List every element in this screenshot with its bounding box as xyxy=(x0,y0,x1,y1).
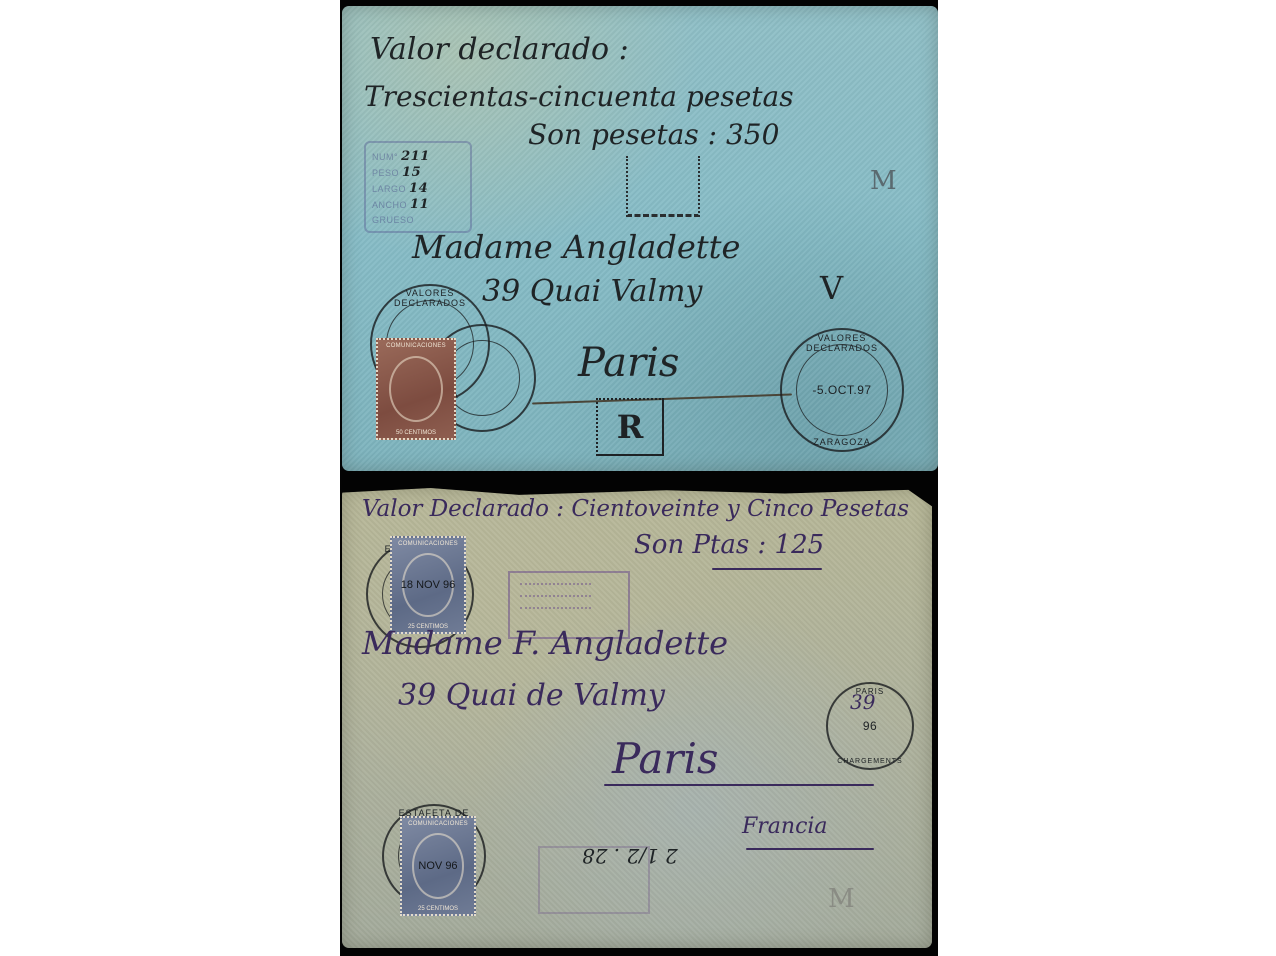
registration-r-box: R xyxy=(596,398,664,456)
margin-mark-v: V xyxy=(820,269,843,307)
dimension-row: GRUESO xyxy=(366,213,470,228)
dimension-row: PESO 15 xyxy=(366,165,470,181)
address-line4: Francia xyxy=(742,814,828,839)
address-underline xyxy=(604,784,874,786)
postmark-zaragoza-dated: VALORES DECLARADOS -5.OCT.97 ZARAGOZA xyxy=(780,328,904,452)
manuscript-value-line3: Son pesetas : 350 xyxy=(528,118,779,151)
stamp-50-centimos-brown: COMUNICACIONES 50 CENTIMOS xyxy=(376,338,456,440)
country-underline xyxy=(746,848,874,850)
address-line3: Paris xyxy=(612,734,718,783)
manuscript-value-line2: Son Ptas : 125 xyxy=(634,530,824,560)
cover-bottom-grey-envelope: Valor Declarado : Cientoveinte y Cinco P… xyxy=(342,488,932,948)
manuscript-value-line1: Valor Declarado : Cientoveinte y Cinco P… xyxy=(362,496,909,522)
address-line2: 39 Quai Valmy xyxy=(482,274,702,309)
faint-registration-box xyxy=(626,156,700,217)
manuscript-value-line2: Trescientas-cincuenta pesetas xyxy=(364,80,794,113)
stamp-25-centimos-blue-1: COMUNICACIONES 18 NOV 96 25 CENTIMOS xyxy=(390,536,466,634)
address-line1: Madame Angladette xyxy=(412,228,740,266)
address-line3: Paris xyxy=(578,340,679,386)
value-underline xyxy=(712,568,822,570)
manuscript-value-line1: Valor declarado : xyxy=(370,32,629,67)
black-background-panel: Valor declarado : Trescientas-cincuenta … xyxy=(340,0,938,956)
address-line2: 39 Quai de Valmy xyxy=(398,678,665,713)
stamp-25-centimos-blue-2: COMUNICACIONES NOV 96 25 CENTIMOS xyxy=(400,816,476,916)
cover-top-blue-envelope: Valor declarado : Trescientas-cincuenta … xyxy=(342,6,938,471)
dimension-handstamp-box: NUM° 211 PESO 15 LARGO 14 ANCHO 11 GRUES… xyxy=(364,141,472,233)
address-line1: Madame F. Angladette xyxy=(362,624,728,662)
weight-note: 2 1/2 . 28 xyxy=(582,844,678,868)
dimension-row: ANCHO 11 xyxy=(366,197,470,213)
dimension-row: NUM° 211 xyxy=(366,149,470,165)
margin-mark-m: M xyxy=(870,166,897,196)
margin-mark-m: M xyxy=(828,884,855,914)
postmark-paris-chargements: PARIS 96 CHARGEMENTS 39 xyxy=(826,682,914,770)
dimension-row: LARGO 14 xyxy=(366,181,470,197)
